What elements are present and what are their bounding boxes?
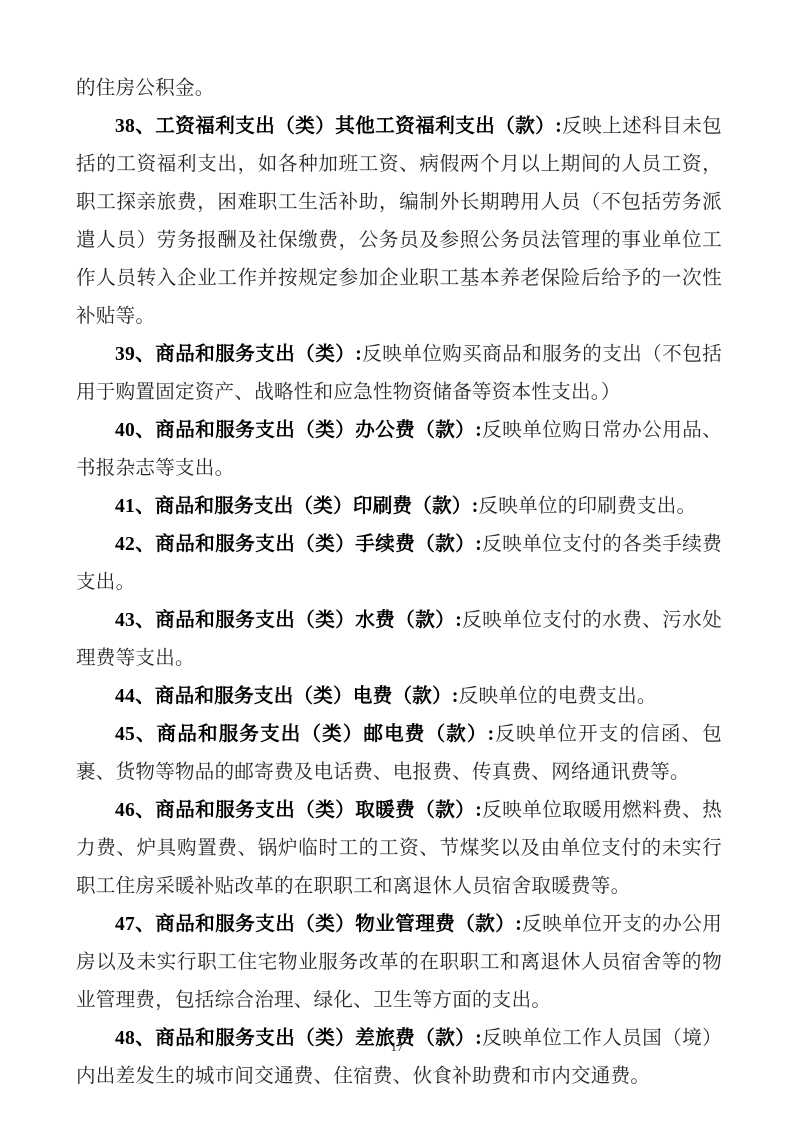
paragraph-item-40: 40、商品和服务支出（类）办公费（款）:反映单位购日常办公用品、书报杂志等支出。	[76, 412, 722, 488]
paragraph-item-43: 43、商品和服务支出（类）水费（款）:反映单位支付的水费、污水处理费等支出。	[76, 602, 722, 678]
paragraph-item-38: 38、工资福利支出（类）其他工资福利支出（款）:反映上述科目未包括的工资福利支出…	[76, 108, 722, 336]
paragraph-heading: 42、商品和服务支出（类）手续费（款）:	[115, 534, 482, 555]
document-body: 的住房公积金。 38、工资福利支出（类）其他工资福利支出（款）:反映上述科目未包…	[76, 70, 722, 1096]
paragraph-item-39: 39、商品和服务支出（类）:反映单位购买商品和服务的支出（不包括用于购置固定资产…	[76, 336, 722, 412]
paragraph-item-41: 41、商品和服务支出（类）印刷费（款）:反映单位的印刷费支出。	[76, 488, 722, 526]
paragraph-text: 反映单位的印刷费支出。	[479, 496, 697, 517]
paragraph-heading: 40、商品和服务支出（类）办公费（款）:	[115, 420, 482, 441]
paragraph-heading: 44、商品和服务支出（类）电费（款）:	[115, 686, 459, 707]
paragraph-item-42: 42、商品和服务支出（类）手续费（款）:反映单位支付的各类手续费支出。	[76, 526, 722, 602]
paragraph-heading: 47、商品和服务支出（类）物业管理费（款）:	[115, 914, 522, 935]
paragraph-heading: 46、商品和服务支出（类）取暖费（款）:	[115, 800, 482, 821]
page-number: 17	[0, 1039, 794, 1055]
paragraph-heading: 39、商品和服务支出（类）:	[115, 344, 362, 365]
document-page: 的住房公积金。 38、工资福利支出（类）其他工资福利支出（款）:反映上述科目未包…	[0, 0, 794, 1123]
paragraph-text: 反映单位的电费支出。	[459, 686, 657, 707]
paragraph-heading: 41、商品和服务支出（类）印刷费（款）:	[115, 496, 479, 517]
paragraph-item-47: 47、商品和服务支出（类）物业管理费（款）:反映单位开支的办公用房以及未实行职工…	[76, 906, 722, 1020]
paragraph-heading: 45、商品和服务支出（类）邮电费（款）:	[115, 724, 494, 745]
paragraph-continuation: 的住房公积金。	[76, 70, 722, 108]
paragraph-text: 的住房公积金。	[76, 78, 215, 99]
paragraph-item-45: 45、商品和服务支出（类）邮电费（款）:反映单位开支的信函、包裹、货物等物品的邮…	[76, 716, 722, 792]
paragraph-item-44: 44、商品和服务支出（类）电费（款）:反映单位的电费支出。	[76, 678, 722, 716]
paragraph-heading: 38、工资福利支出（类）其他工资福利支出（款）:	[115, 116, 562, 137]
paragraph-text: 反映上述科目未包括的工资福利支出，如各种加班工资、病假两个月以上期间的人员工资，…	[76, 116, 722, 327]
paragraph-item-48: 48、商品和服务支出（类）差旅费（款）:反映单位工作人员国（境）内出差发生的城市…	[76, 1020, 722, 1096]
paragraph-item-46: 46、商品和服务支出（类）取暖费（款）:反映单位取暖用燃料费、热力费、炉具购置费…	[76, 792, 722, 906]
paragraph-heading: 43、商品和服务支出（类）水费（款）:	[115, 610, 462, 631]
